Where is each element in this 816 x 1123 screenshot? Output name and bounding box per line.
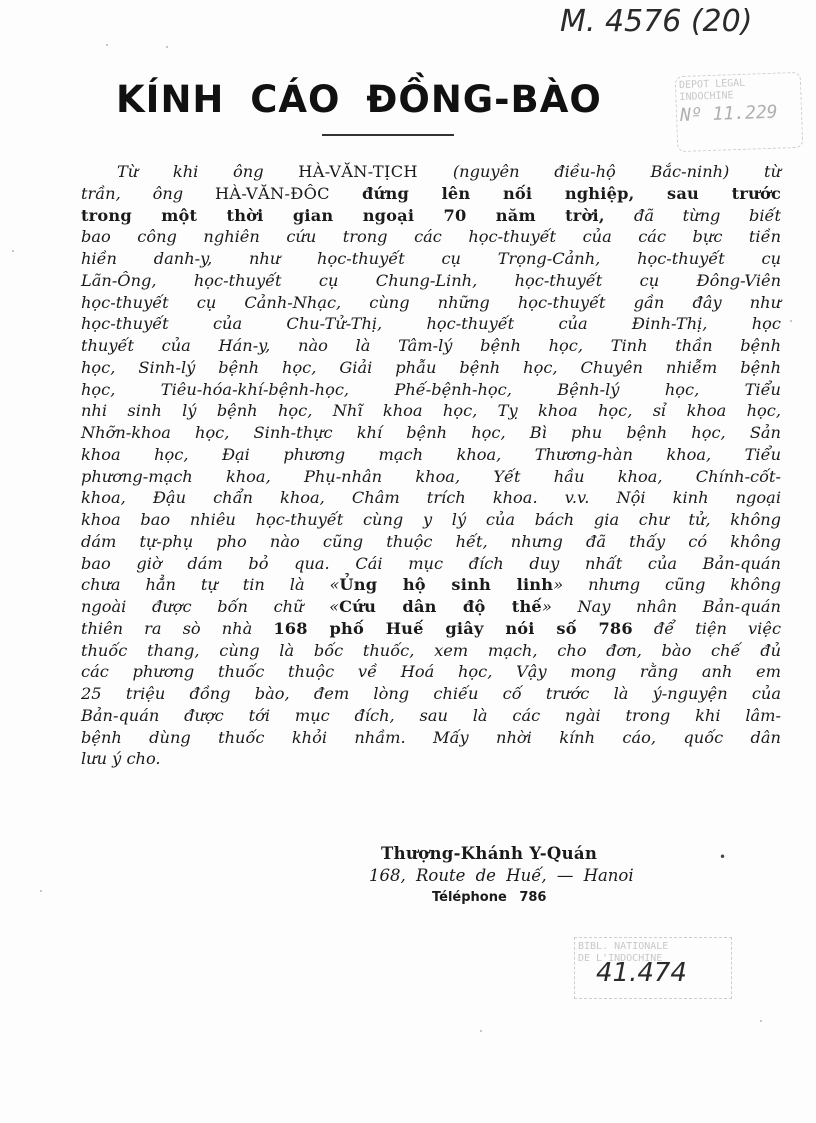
italic-text: nhi sinh lý bệnh học, Nhĩ khoa học, Tỵ k…: [81, 401, 781, 420]
italic-text: lưu ý cho.: [81, 749, 161, 768]
paper-speck: [40, 890, 42, 892]
body-line: hiền danh-y, như học-thuyết cụ Trọng-Cản…: [81, 248, 781, 270]
body-line: 25 triệu đồng bào, đem lòng chiếu cố trư…: [81, 683, 781, 705]
paper-speck: [790, 320, 792, 322]
catalog-number: 41.474: [596, 958, 687, 988]
stamp-line: Nº 11.229: [680, 106, 798, 122]
italic-text: ngoài được bốn chữ «: [81, 597, 339, 616]
italic-text: học-thuyết của Chu-Tử-Thị, học-thuyết củ…: [81, 314, 781, 333]
italic-text: học, Sinh-lý bệnh học, Giải phẫu bệnh họ…: [81, 358, 781, 377]
body-line: các phương thuốc thuộc về Hoá học, Vậy m…: [81, 661, 781, 683]
paper-speck: [166, 46, 168, 48]
italic-text: đã từng biết: [634, 206, 781, 225]
bold-text: Ủng hộ sinh linh: [339, 575, 553, 594]
body-line: ngoài được bốn chữ «Cứu dân độ thế» Nay …: [81, 596, 781, 618]
body-line: khoa bao nhiêu học-thuyết cùng y lý của …: [81, 509, 781, 531]
italic-text: để tiện việc: [633, 619, 781, 638]
signature-address: 168, Route de Huế, — Hanoi: [369, 866, 634, 885]
bold-text: đứng lên nối nghiệp, sau trước: [362, 184, 781, 203]
body-line: Bản-quán được tới mục đích, sau là các n…: [81, 705, 781, 727]
document-page: M. 4576 (20) KÍNH CÁO ĐỒNG-BÀO DEPOT LEG…: [0, 0, 816, 1123]
body-line: khoa, Đậu chẩn khoa, Châm trích khoa. v.…: [81, 487, 781, 509]
signature-name: Thượng-Khánh Y-Quán: [381, 844, 597, 863]
body-line: phương-mạch khoa, Phụ-nhân khoa, Yết hầu…: [81, 466, 781, 488]
italic-text: 25 triệu đồng bào, đem lòng chiếu cố trư…: [81, 684, 781, 703]
bold-text: 168 phố Huế giây nói số 786: [273, 619, 633, 638]
paper-speck: [12, 250, 14, 252]
body-line: thiên ra sò nhà 168 phố Huế giây nói số …: [81, 618, 781, 640]
body-line: thuyết của Hán-y, nào là Tâm-lý bệnh học…: [81, 335, 781, 357]
italic-text: thuốc thang, cùng là bốc thuốc, xem mạch…: [81, 641, 781, 660]
italic-text: Lãn-Ông, học-thuyết cụ Chung-Linh, học-t…: [81, 271, 781, 290]
body-line: lưu ý cho.: [81, 748, 781, 770]
body-line: trong một thời gian ngoại 70 năm trời, đ…: [81, 205, 781, 227]
body-line: nhi sinh lý bệnh học, Nhĩ khoa học, Tỵ k…: [81, 400, 781, 422]
signature-telephone: Téléphone 786: [432, 890, 546, 905]
catalog-mark: M. 4576 (20): [560, 4, 752, 39]
body-line: bệnh dùng thuốc khỏi nhầm. Mấy nhời kính…: [81, 727, 781, 749]
italic-text: thiên ra sò nhà: [81, 619, 273, 638]
body-line: dám tự-phụ pho nào cũng thuộc hết, nhưng…: [81, 531, 781, 553]
body-line: Nhỡn-khoa học, Sinh-thực khí bệnh học, B…: [81, 422, 781, 444]
body-line: bao giờ dám bỏ qua. Cái mục đích duy nhấ…: [81, 553, 781, 575]
stamp-line: BIBL. NATIONALE: [578, 941, 728, 953]
page-title: KÍNH CÁO ĐỒNG-BÀO: [116, 78, 686, 121]
body-line: bao công nghiên cứu trong các học-thuyết…: [81, 226, 781, 248]
body-line: chưa hẳn tự tin là «Ủng hộ sinh linh» nh…: [81, 574, 781, 596]
body-line: thuốc thang, cùng là bốc thuốc, xem mạch…: [81, 640, 781, 662]
italic-text: học, Tiêu-hóa-khí-bệnh-học, Phế-bệnh-học…: [81, 380, 781, 399]
body-line: học, Tiêu-hóa-khí-bệnh-học, Phế-bệnh-học…: [81, 379, 781, 401]
body-line: khoa học, Đại phương mạch khoa, Thương-h…: [81, 444, 781, 466]
italic-text: thuyết của Hán-y, nào là Tâm-lý bệnh học…: [81, 336, 781, 355]
italic-text: Từ khi ông: [117, 162, 298, 181]
italic-text: Nhỡn-khoa học, Sinh-thực khí bệnh học, B…: [81, 423, 781, 442]
paper-speck: [480, 1030, 482, 1032]
name-text: HÀ-VĂN-ĐÔC: [215, 184, 362, 203]
italic-text: khoa học, Đại phương mạch khoa, Thương-h…: [81, 445, 781, 464]
body-line: trần, ông HÀ-VĂN-ĐÔC đứng lên nối nghiệp…: [81, 183, 781, 205]
italic-text: chưa hẳn tự tin là «: [81, 575, 339, 594]
title-underline: [322, 134, 454, 136]
body-line: Lãn-Ông, học-thuyết cụ Chung-Linh, học-t…: [81, 270, 781, 292]
italic-text: bao giờ dám bỏ qua. Cái mục đích duy nhấ…: [81, 554, 781, 573]
body-line: học, Sinh-lý bệnh học, Giải phẫu bệnh họ…: [81, 357, 781, 379]
depot-legal-stamp: DEPOT LEGAL INDOCHINE Nº 11.229: [675, 72, 804, 152]
italic-text: trần, ông: [81, 184, 215, 203]
italic-text: khoa, Đậu chẩn khoa, Châm trích khoa. v.…: [81, 488, 781, 507]
italic-text: Bản-quán được tới mục đích, sau là các n…: [81, 706, 781, 725]
bold-text: Cứu dân độ thế: [339, 597, 542, 616]
italic-text: » Nay nhân Bản-quán: [542, 597, 781, 616]
bold-text: trong một thời gian ngoại 70 năm trời,: [81, 206, 634, 225]
paper-speck: [760, 1020, 762, 1022]
italic-text: các phương thuốc thuộc về Hoá học, Vậy m…: [81, 662, 781, 681]
italic-text: học-thuyết cụ Cảnh-Nhạc, cùng những học-…: [81, 293, 781, 312]
italic-text: hiền danh-y, như học-thuyết cụ Trọng-Cản…: [81, 249, 781, 268]
italic-text: bao công nghiên cứu trong các học-thuyết…: [81, 227, 781, 246]
italic-text: (nguyên điều-hộ Bắc-ninh) từ: [453, 162, 781, 181]
body-line: học-thuyết cụ Cảnh-Nhạc, cùng những học-…: [81, 292, 781, 314]
body-line: Từ khi ông HÀ-VĂN-TỊCH (nguyên điều-hộ B…: [117, 161, 781, 183]
italic-text: dám tự-phụ pho nào cũng thuộc hết, nhưng…: [81, 532, 781, 551]
body-line: học-thuyết của Chu-Tử-Thị, học-thuyết củ…: [81, 313, 781, 335]
signature-dot: •: [719, 850, 726, 864]
italic-text: phương-mạch khoa, Phụ-nhân khoa, Yết hầu…: [81, 467, 781, 486]
italic-text: khoa bao nhiêu học-thuyết cùng y lý của …: [81, 510, 781, 529]
paper-speck: [106, 44, 108, 46]
italic-text: » nhưng cũng không: [553, 575, 781, 594]
name-text: HÀ-VĂN-TỊCH: [298, 162, 453, 181]
italic-text: bệnh dùng thuốc khỏi nhầm. Mấy nhời kính…: [81, 728, 781, 747]
